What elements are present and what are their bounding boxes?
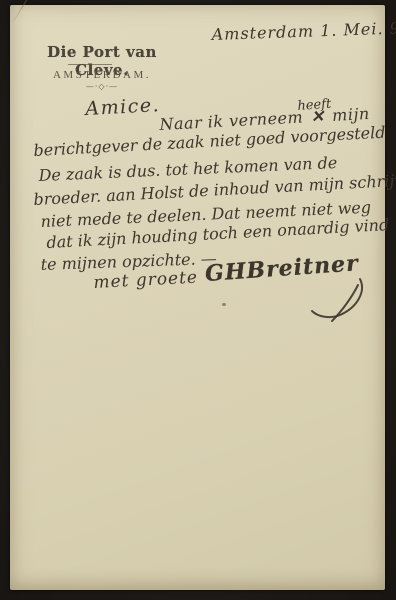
letter-paper: Die Port van Cleve. AMSTERDAM. —·◇·— Ams… bbox=[10, 5, 385, 590]
handwritten-date: Amsterdam 1. Mei. 92 bbox=[211, 18, 396, 44]
ink-speck bbox=[222, 303, 226, 306]
signature-flourish-stroke bbox=[302, 277, 368, 323]
letterhead-rule bbox=[68, 64, 112, 65]
letterhead-city: AMSTERDAM. bbox=[32, 69, 172, 81]
paper-crease bbox=[12, 0, 37, 24]
line1-post: mijn bbox=[332, 104, 371, 125]
inserted-word: heeft bbox=[297, 97, 332, 114]
photo-background: Die Port van Cleve. AMSTERDAM. —·◇·— Ams… bbox=[0, 0, 396, 600]
letterhead-ornament: —·◇·— bbox=[32, 82, 172, 91]
salutation: Amice. bbox=[85, 94, 161, 120]
closing-phrase: met groete bbox=[93, 268, 199, 293]
